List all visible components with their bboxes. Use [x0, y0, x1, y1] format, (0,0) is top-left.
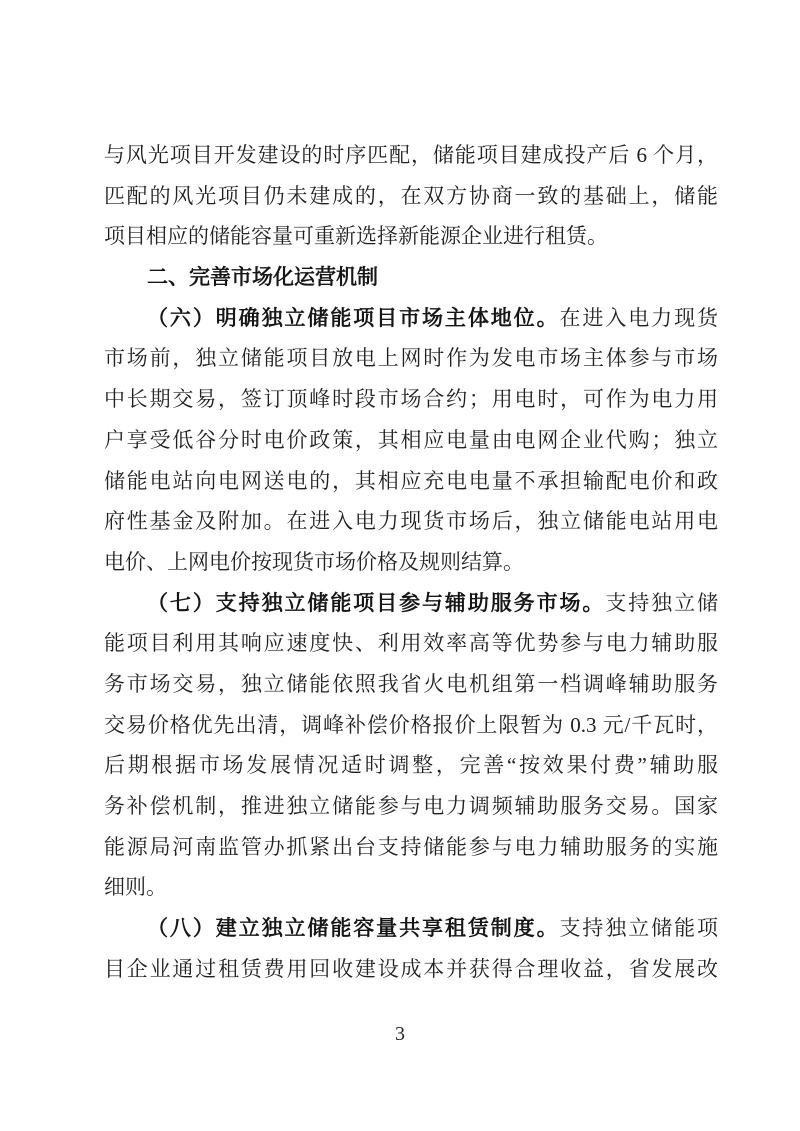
- text-line: 匹配的风光项目仍未建成的，在双方协商一致的基础上，储能: [104, 176, 718, 217]
- body-text: 能项目利用其响应速度快、利用效率高等优势参与电力辅助服: [104, 631, 718, 655]
- body-text: 府性基金及附加。在进入电力现货市场后，独立储能电站用电: [104, 509, 718, 533]
- body-text: 目企业通过租赁费用回收建设成本并获得合理收益，省发展改: [104, 957, 718, 981]
- text-line: 中长期交易，签订顶峰时段市场合约；用电时，可作为电力用: [104, 379, 718, 420]
- text-line: 储能电站向电网送电的，其相应充电电量不承担输配电价和政: [104, 461, 718, 502]
- text-line: 细则。: [104, 867, 718, 908]
- section-heading-2: 二、完善市场化运营机制: [104, 257, 718, 298]
- body-text: 在进入电力现货: [560, 306, 719, 330]
- body-text: 市场前，独立储能项目放电上网时作为发电市场主体参与市场: [104, 346, 718, 370]
- text-line: 户享受低谷分时电价政策，其相应电量由电网企业代购；独立: [104, 420, 718, 461]
- body-text: 细则。: [104, 875, 167, 899]
- body-text: 匹配的风光项目仍未建成的，在双方协商一致的基础上，储能: [104, 184, 718, 208]
- body-text: 务补偿机制，推进独立储能参与电力调频辅助服务交易。国家: [104, 794, 718, 818]
- text-line: 目企业通过租赁费用回收建设成本并获得合理收益，省发展改: [104, 949, 718, 990]
- body-text: 交易价格优先出清，调峰补偿价格报价上限暂为 0.3 元/千瓦时，: [104, 713, 718, 737]
- text-line: （八）建立独立储能容量共享租赁制度。支持独立储能项: [104, 908, 718, 949]
- section-lead-text: 二、完善市场化运营机制: [147, 266, 378, 289]
- page-number: 3: [0, 1020, 800, 1048]
- text-line: 市场前，独立储能项目放电上网时作为发电市场主体参与市场: [104, 338, 718, 379]
- section-7: （七）支持独立储能项目参与辅助服务市场。支持独立储能项目利用其响应速度快、利用效…: [104, 583, 718, 909]
- body-text: 能源局河南监管办抓紧出台支持储能参与电力辅助服务的实施: [104, 835, 718, 859]
- text-line: 务补偿机制，推进独立储能参与电力调频辅助服务交易。国家: [104, 786, 718, 827]
- body-text: 户享受低谷分时电价政策，其相应电量由电网企业代购；独立: [104, 428, 718, 452]
- text-line: 能项目利用其响应速度快、利用效率高等优势参与电力辅助服: [104, 623, 718, 664]
- document-body: 与风光项目开发建设的时序匹配，储能项目建成投产后 6 个月，匹配的风光项目仍未建…: [104, 135, 718, 989]
- text-line: 与风光项目开发建设的时序匹配，储能项目建成投产后 6 个月，: [104, 135, 718, 176]
- section-6: （六）明确独立储能项目市场主体地位。在进入电力现货市场前，独立储能项目放电上网时…: [104, 298, 718, 583]
- text-line: 项目相应的储能容量可重新选择新能源企业进行租赁。: [104, 216, 718, 257]
- text-line: 电价、上网电价按现货市场价格及规则结算。: [104, 542, 718, 583]
- section-lead-text: （八）建立独立储能容量共享租赁制度。: [147, 917, 560, 940]
- text-line: 府性基金及附加。在进入电力现货市场后，独立储能电站用电: [104, 501, 718, 542]
- text-line: 二、完善市场化运营机制: [104, 257, 718, 298]
- body-text: 支持独立储能项: [560, 916, 719, 940]
- text-line: 后期根据市场发展情况适时调整，完善“按效果付费”辅助服: [104, 745, 718, 786]
- body-text: 务市场交易，独立储能依照我省火电机组第一档调峰辅助服务: [104, 672, 718, 696]
- section-lead-text: （七）支持独立储能项目参与辅助服务市场。: [147, 592, 605, 615]
- text-line: （六）明确独立储能项目市场主体地位。在进入电力现货: [104, 298, 718, 339]
- body-text: 与风光项目开发建设的时序匹配，储能项目建成投产后 6 个月，: [104, 143, 718, 167]
- section-lead-text: （六）明确独立储能项目市场主体地位。: [147, 307, 560, 330]
- section-8: （八）建立独立储能容量共享租赁制度。支持独立储能项目企业通过租赁费用回收建设成本…: [104, 908, 718, 989]
- paragraph-continuation: 与风光项目开发建设的时序匹配，储能项目建成投产后 6 个月，匹配的风光项目仍未建…: [104, 135, 718, 257]
- body-text: 电价、上网电价按现货市场价格及规则结算。: [104, 550, 524, 574]
- text-line: 能源局河南监管办抓紧出台支持储能参与电力辅助服务的实施: [104, 827, 718, 868]
- text-line: 交易价格优先出清，调峰补偿价格报价上限暂为 0.3 元/千瓦时，: [104, 705, 718, 746]
- body-text: 中长期交易，签订顶峰时段市场合约；用电时，可作为电力用: [104, 387, 718, 411]
- body-text: 支持独立储: [605, 591, 718, 615]
- text-line: （七）支持独立储能项目参与辅助服务市场。支持独立储: [104, 583, 718, 624]
- body-text: 后期根据市场发展情况适时调整，完善“按效果付费”辅助服: [104, 753, 718, 777]
- body-text: 储能电站向电网送电的，其相应充电电量不承担输配电价和政: [104, 469, 718, 493]
- document-page: 与风光项目开发建设的时序匹配，储能项目建成投产后 6 个月，匹配的风光项目仍未建…: [0, 0, 800, 1131]
- body-text: 项目相应的储能容量可重新选择新能源企业进行租赁。: [104, 224, 608, 248]
- text-line: 务市场交易，独立储能依照我省火电机组第一档调峰辅助服务: [104, 664, 718, 705]
